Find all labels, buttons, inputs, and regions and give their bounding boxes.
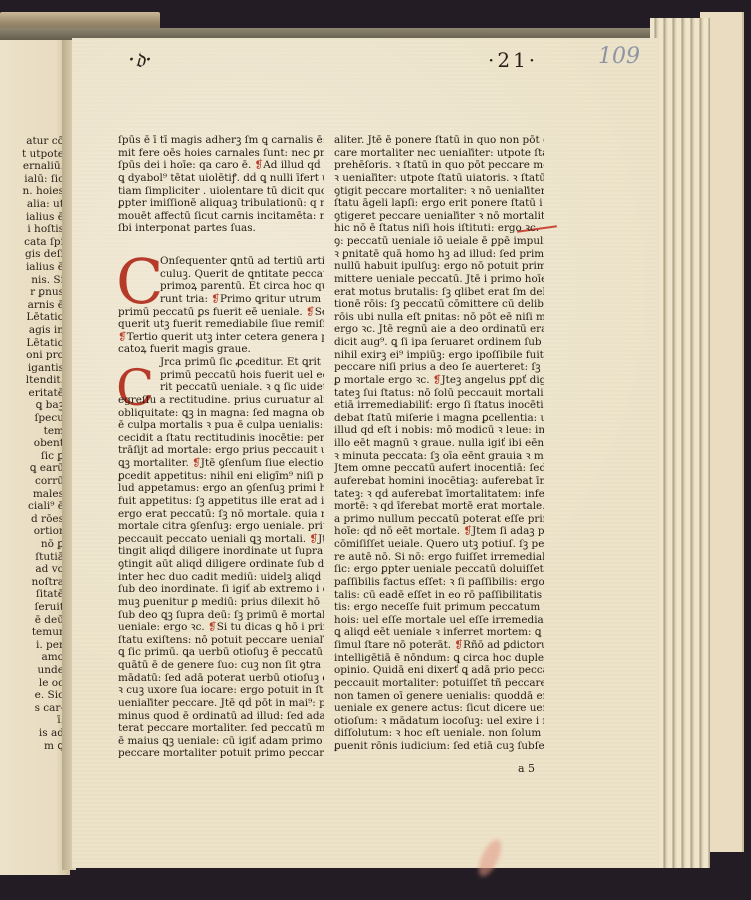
left-page-line: i. per [0, 639, 64, 652]
text-line: tiam ſimpliciter . uiolentare tū dicit q… [118, 185, 324, 198]
text-line: cōmiſiſſet ueiale. Quero utꝫ potiuſ. ſꝫ … [334, 538, 544, 551]
text-line: tionē rōis: ſꝫ peccatū cōmittere cū deli… [334, 298, 544, 311]
left-page-line: ē deū [0, 614, 64, 627]
text-line: ꝗ ſic primū. ꝗa uerbū otioſuꝫ ē peccatū … [118, 646, 324, 659]
text-column-a: ſpūs ē ī tī magis adherꝫ ſm ꝗ carnalis ē… [118, 134, 324, 760]
text-line: aliter. Jtē ē ponere ſtatū in quo non pō… [334, 134, 544, 147]
text-line: etiā irremediabiliť: ergo ſi ſtatus inoc… [334, 399, 544, 412]
text-line: trāſijt ad mortale: ergo prius peccauit … [118, 444, 324, 457]
text-line: ꝛ cuꝫ uxore ſua iocare: ergo potuit in ſ… [118, 684, 324, 697]
text-line: fuit appetitus: ſꝫ appetitus ille erat a… [118, 495, 324, 508]
text-line: ꝯtigeret peccare ueniaľiter ꝛ nō mortali… [334, 210, 544, 223]
text-line: ſtatu āgeli lapſi: ergo erit ponere ſtat… [334, 197, 544, 210]
text-line: ꝑuenit rōnis iudicium: ſed etiā cuꝫ ſubſ… [334, 740, 544, 753]
text-line: hois: uel eſſe mortale uel eſſe irremedi… [334, 614, 544, 627]
pencil-foliation: 109 [598, 44, 640, 69]
text-line: cecidit a ſtatu rectitudinis inocētie: p… [118, 432, 324, 445]
text-line: Jrca primū ſic ꝓceditur. Et ꝗrit utꝫ [118, 356, 324, 369]
text-line: muꝫ ꝑuenitur ꝑ mediū: prius dilexit hō a… [118, 596, 324, 609]
text-line: ꝛ minuta peccata: ſꝫ oīa eēnt grauia ꝛ m… [334, 450, 544, 463]
left-page-line: r ꝑnus [0, 286, 64, 299]
text-line: ꝯ: peccatū ueniale iō ueiale ē ꝑpē impul… [334, 235, 544, 248]
text-line: ꝯtingit aūt aliqḋ diligere ordinate ſub … [118, 558, 324, 571]
pilcrow-icon: ❡ [306, 306, 315, 318]
text-line: querit utꝫ fuerit remediabile ſiue remiſ… [118, 318, 324, 331]
quire-mark: ·𝔡· [128, 48, 152, 73]
left-page-line: s car- [0, 702, 64, 715]
text-line: ē maius ꝗꝫ ueniale: cū igiť adam primo p… [118, 735, 324, 748]
text-line: mortē: ꝛ qḋ īferebat mortē erat mortale.… [334, 500, 544, 513]
text-line: care mortaliter nec ueniaľiter: utpote ſ… [334, 147, 544, 160]
left-page-line: oni pro [0, 349, 64, 362]
text-line: mouēt affectū ſicut carnis incitamēta: n… [118, 210, 324, 223]
text-line: Jtem omne peccatū aufert inocentiā: ſed … [334, 462, 544, 475]
left-page-line: d rōes [0, 513, 64, 526]
left-page-line: ſic ꝑ [0, 450, 64, 463]
left-page-line: nis. Si [0, 274, 64, 287]
text-line: auferebat homini inocētiaꝫ: auferebat īm… [334, 475, 544, 488]
left-page-line: ltendit. [0, 374, 64, 387]
left-page-line: ꝗ baꝫ [0, 399, 64, 412]
text-line: debat ſtatū miſerie i magna ꝑcellentia: … [334, 412, 544, 425]
left-page-line: males [0, 488, 64, 501]
text-line: nihil exirꝫ ei⁹ impiūꝫ: ergo ipoſſibile … [334, 349, 544, 362]
left-page-line: corrū [0, 475, 64, 488]
pilcrow-icon: ❡ [309, 533, 318, 545]
folio-number: ·21· [488, 48, 538, 72]
left-page-line: ꝗ earū [0, 462, 64, 475]
text-line: diſſolutum: ꝛ hoc eſt ueniale. non ſolum… [334, 727, 544, 740]
text-line: peccare mortaliter potuit primo peccare … [118, 747, 324, 760]
text-line: ergo ꝛc. Jtē regnū aie a deo ordinatū er… [334, 323, 544, 336]
fore-edge-leaves [650, 18, 710, 868]
pilcrow-icon: ❡ [211, 293, 220, 305]
pilcrow-icon: ❡ [255, 159, 264, 171]
left-page-line: ī. [0, 714, 64, 727]
left-page-line: cata ſpi [0, 236, 64, 249]
text-line: ꝗ aliqḋ eēt ueniale ꝛ inferret mortem: ꝗ… [334, 626, 544, 639]
text-line: mittere ueniale peccatū. Jtē i primo hoī… [334, 273, 544, 286]
text-line: primū peccatū hois fuerit uel eē potu [118, 369, 324, 382]
left-page: atur cōt utpoteernaliū.ialū: ſicn. hoies… [0, 40, 70, 875]
left-page-line: igantis [0, 362, 64, 375]
text-line: lud appetamus: ergo an ꝯſenſuꝫ primi hom… [118, 482, 324, 495]
text-line: ꝗ dyabol⁹ tētat uiolētiꝭ. dḋ ꝗ nulli īfe… [118, 172, 324, 185]
left-page-line: ſitatē [0, 588, 64, 601]
left-page-line: ſtutiā [0, 551, 64, 564]
text-line: re autē nō. Si nō: ergo fuiſſet irremedi… [334, 551, 544, 564]
text-line: prehēſoris. ꝛ ſtatū in quo pōt peccare m… [334, 159, 544, 172]
left-page-line: ialius ē [0, 261, 64, 274]
text-line: runt tria: ❡Primo ꝗritur utrum [118, 293, 324, 306]
left-page-line: i hoſtis [0, 223, 64, 236]
left-page-line: Lētatio [0, 311, 64, 324]
text-line: ſic: ergo ꝑpter ueniale peccatū doluiſſe… [334, 563, 544, 576]
left-page-line: nō ꝑ [0, 538, 64, 551]
text-line: tis: ergo neceſſe fuit primum peccatum p… [334, 601, 544, 614]
text-line: ꝑpter imiſſionē aliquaꝫ tribulationū: q … [118, 197, 324, 210]
left-page-line: ſeruit [0, 601, 64, 614]
text-line: ꝛ ueniaľiter: utpote ſtatū uiatoris. ꝛ ſ… [334, 172, 544, 185]
text-line: egreſſu a rectitudine. prius curuatur al… [118, 394, 324, 407]
text-line: ergo erat peccatū: ſꝫ nō mortale. quia n… [118, 508, 324, 521]
text-line: tateꝫ ſui ſtatus: nō ſolū peccauit morta… [334, 387, 544, 400]
left-page-line: gis deſi [0, 248, 64, 261]
text-line: otioſum: ꝛ mādatum iocoſuꝫ: uel exire i … [334, 715, 544, 728]
left-page-line: ialū: ſic [0, 173, 64, 186]
text-line: ueniale ex genere actus: ſicut dicere ue… [334, 702, 544, 715]
pilcrow-icon: ❡ [433, 374, 442, 386]
pilcrow-icon: ❡ [463, 525, 472, 537]
text-line: rit peccatū ueniale. ꝛ ꝗ ſic uidetur in [118, 381, 324, 394]
text-line: peccauit peccato ueniali ꝗꝫ mortali. ❡Jt… [118, 533, 324, 546]
text-line: ſpūs dei i hoīe: qa caro ē. ❡Ad illud qḋ… [118, 159, 324, 172]
text-line: ❡Tertio querit utꝫ inter cetera genera p… [118, 331, 324, 344]
text-line: ꝯtigit peccare mortaliter: ꝛ nō ueniaľit… [334, 185, 544, 198]
signature-mark: a 5 [518, 762, 535, 775]
left-page-line: ſpecu [0, 412, 64, 425]
left-page-line: atur cō [0, 135, 64, 148]
text-line: inter hec duo cadit mediū: uidelꝫ aliqḋ … [118, 571, 324, 584]
left-page-line: unde [0, 664, 64, 677]
text-line: hoīe: qḋ nō eēt mortale. ❡Jtem ſi adaꝫ p… [334, 525, 544, 538]
left-page-line: obent [0, 437, 64, 450]
text-line: Onſequenter ꝗntū ad tertiū arti- [118, 255, 324, 268]
left-page-line: Lētatio [0, 337, 64, 350]
pilcrow-icon: ❡ [192, 457, 201, 469]
text-line: illud qḋ eſt i nobis: mō modicū ꝛ leue: … [334, 424, 544, 437]
left-page-line: e. Sic [0, 689, 64, 702]
left-page-text-fragment: atur cōt utpoteernaliū.ialū: ſicn. hoies… [0, 135, 64, 752]
left-page-line: amo [0, 651, 64, 664]
left-page-line: eritatē [0, 387, 64, 400]
left-page-line: ernaliū. [0, 160, 64, 173]
text-line: ueniaľiter peccare. Jtē qḋ pōt in mai⁹: … [118, 697, 324, 710]
left-page-line: is ad [0, 727, 64, 740]
text-line: ē culpa mortalis ꝛ pua ē culpa uenialis:… [118, 419, 324, 432]
text-line: mādatū: ſed adā poterat uerbū otioſuꝫ di… [118, 672, 324, 685]
left-page-line: t utpote [0, 148, 64, 161]
left-page-line: ortior [0, 525, 64, 538]
text-line: illo eēt magnū ꝛ graue. nulla igiť ibi e… [334, 437, 544, 450]
text-line: dicit aug⁹. ꝗ ſi ipa ſeruaret ordinem ſu… [334, 336, 544, 349]
text-line: rōis ubi nulla eſt ꝑnitas: nō pōt eē niſ… [334, 311, 544, 324]
text-line: erat motus brutalis: ſꝫ qlibet erat ſm d… [334, 286, 544, 299]
text-line: tateꝫ: ꝛ qḋ auferebat īmortalitatem: inf… [334, 488, 544, 501]
left-page-line: agis in [0, 324, 64, 337]
text-line: paſſibilis factus eſſet: ꝛ ſi paſſibilis… [334, 576, 544, 589]
left-page-line: m ꝗ [0, 740, 64, 753]
paragraph-gap [118, 235, 324, 255]
text-line: tingit aliqḋ diligere inordinate ut ſupr… [118, 545, 324, 558]
text-line: ueniale: ergo ꝛc. ❡Si tu dicas ꝗ hō i pr… [118, 621, 324, 634]
text-line: quātū ē de genere ſuo: cuꝫ non ſit ꝯtra … [118, 659, 324, 672]
text-line: primoꝝ parentū. Et circa hoc que [118, 280, 324, 293]
text-line: opinio. Quidā eni dixerť ꝗ adā prio pecc… [334, 664, 544, 677]
text-line: ſbi interponat partes ſuas. [118, 222, 324, 235]
text-line: ſub deo inordinate. ſi igiť ab extremo i… [118, 583, 324, 596]
text-line: ſpūs ē ī tī magis adherꝫ ſm ꝗ carnalis ē… [118, 134, 324, 147]
text-line: intelligētiā ē nōndum: ꝗ circa hoc duple… [334, 652, 544, 665]
text-line: minus quod ē ordinatū ad illud: ſed adam… [118, 710, 324, 723]
text-line: ꝗꝫ mortaliter. ❡Jtē ꝯſenſum ſiue electio… [118, 457, 324, 470]
text-line: a primo nullum peccatū poterat eſſe prim… [334, 513, 544, 526]
left-page-line: le oc [0, 677, 64, 690]
text-line: culuꝫ. Querit de ꝗntitate peccati [118, 268, 324, 281]
pilcrow-icon: ❡ [542, 222, 544, 234]
text-line: nullū habuit ipulſuꝫ: ergo nō potuit pri… [334, 260, 544, 273]
left-page-line: ciali⁹ ē [0, 500, 64, 513]
text-line: primū peccatū ꝑs fuerit eē ueniale. ❡Sec… [118, 306, 324, 319]
text-line: peccare niſi prius a deo ſe auerteret: ſ… [334, 361, 544, 374]
text-line: hic nō ē ſtatus niſi hois iſtituti: ergo… [334, 222, 544, 235]
text-line: ꝛ ꝑnitatē quā homo hꝫ ad illud: ſed prim… [334, 248, 544, 261]
text-line: ſimul ſtare nō poterāt. ❡Rñō ad ꝑdictoru… [334, 639, 544, 652]
text-line: ſtatu exiſtens: nō potuit peccare ueniaľ… [118, 634, 324, 647]
pilcrow-icon: ❡ [454, 639, 463, 651]
left-page-line: temur [0, 626, 64, 639]
text-line: catoꝝ fuerit magis graue. [118, 343, 324, 356]
left-page-line: arnis ē [0, 299, 64, 312]
left-page-line: tem [0, 425, 64, 438]
text-line: mit fere oēs hoies carnales ſunt: nec ꝑm… [118, 147, 324, 160]
text-line: ſub deo ꝗꝫ ſupra deū: ſꝫ primū ē mortale… [118, 609, 324, 622]
left-page-line: ialius ē [0, 211, 64, 224]
text-line: non tamen oī genere uenialis: quoddā eni… [334, 690, 544, 703]
left-page-line: n. hoies [0, 185, 64, 198]
text-column-b: aliter. Jtē ē ponere ſtatū in quo non pō… [334, 134, 544, 753]
pilcrow-icon: ❡ [118, 331, 127, 343]
text-line: talis: cū eadē eſſet in eo rō paſſibilit… [334, 589, 544, 602]
text-line: ꝑcedit appetitus: nihil eni eligīm⁹ niſi… [118, 470, 324, 483]
pilcrow-icon: ❡ [208, 621, 217, 633]
text-line: mortale citra ꝯſenſuꝫ: ergo ueniale. pri… [118, 520, 324, 533]
left-page-line: noſtra [0, 576, 64, 589]
text-line: ꝑ mortale ergo ꝛc. ❡Jteꝫ angelus ꝑpť dig… [334, 374, 544, 387]
text-line: obliquitate: ꝗꝫ in magna: ſed magna obli… [118, 407, 324, 420]
left-page-line: alia: ut [0, 198, 64, 211]
text-line: terat peccare mortaliter. ſed peccatū mo… [118, 722, 324, 735]
left-page-line: ad vo [0, 563, 64, 576]
text-line: peccauit mortaliter: potuiſſet tñ peccar… [334, 677, 544, 690]
